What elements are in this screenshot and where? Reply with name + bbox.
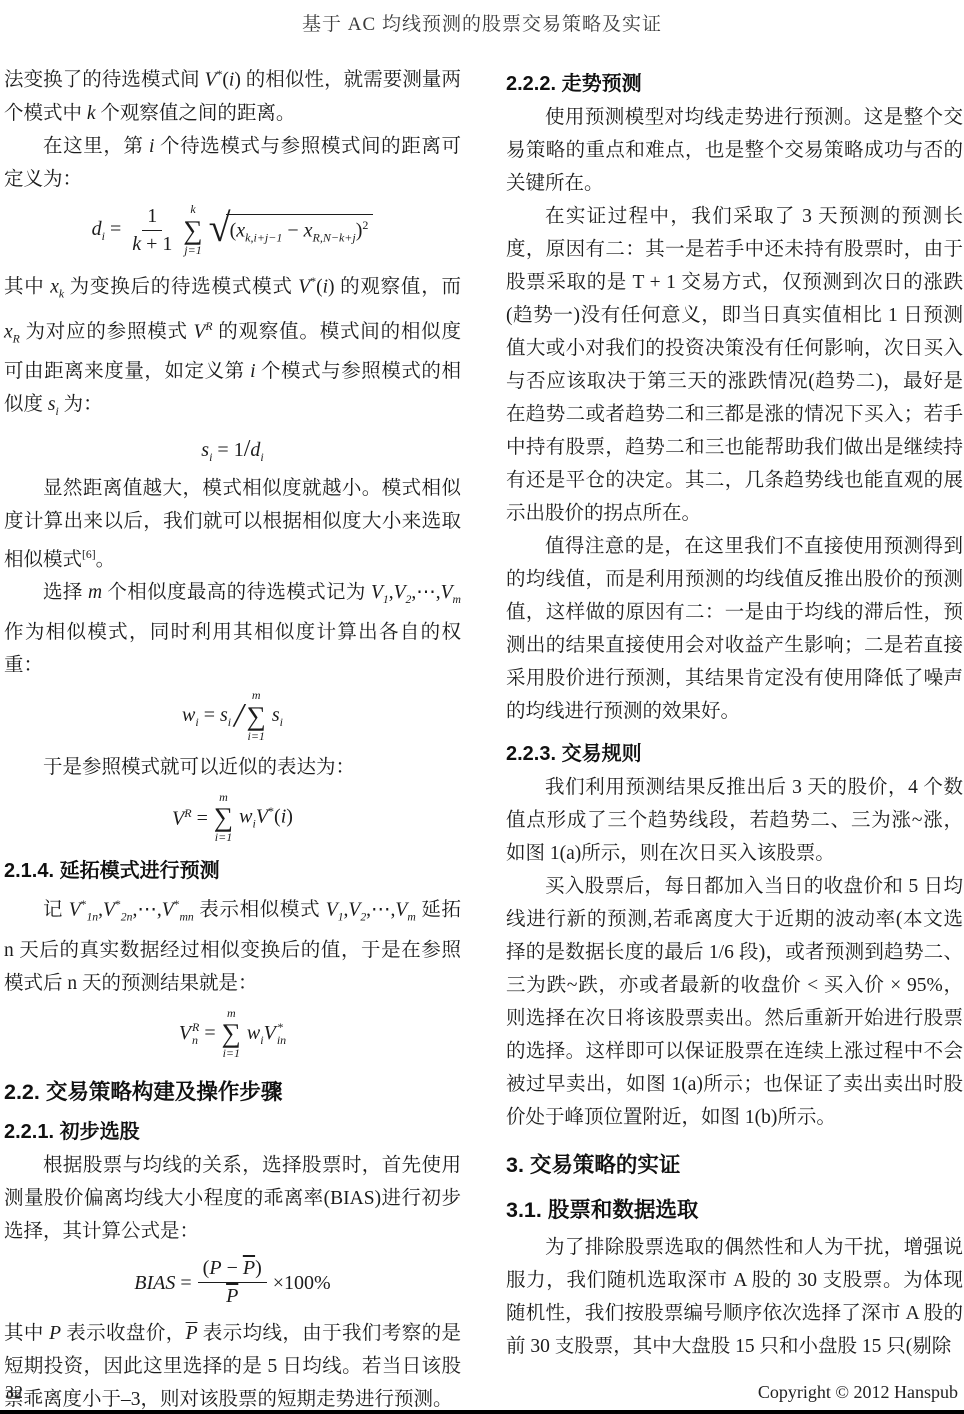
math-lhs: wi = si xyxy=(182,703,231,729)
para-note-ma-values: 值得注意的是，在这里我们不直接使用预测得到的均线值，而是利用预测的均线值反推出股… xyxy=(506,530,963,728)
summation-lower-limit: j=1 xyxy=(184,244,201,258)
summation-symbol: ∑ xyxy=(247,703,266,730)
math-rhs: ×100% xyxy=(273,1271,331,1295)
math-fraction: (P − P) P xyxy=(198,1255,267,1310)
formula-prediction-result: VRn = m ∑ i=1 wiV*in xyxy=(4,1007,461,1062)
math-summation: m ∑ i=1 xyxy=(247,689,266,744)
math-rhs: si xyxy=(272,703,283,729)
math-body: si = 1/di xyxy=(201,435,263,464)
formula-distance: di = 1 k + 1 k ∑ j=1 √ (xk,i+j−1 − xR,N−… xyxy=(4,203,461,258)
para-observation-values: 其中 xk 为变换后的待选模式模式 V*(i) 的观察值，而 xR 为对应的参照… xyxy=(4,265,461,429)
summation-lower-limit: i=1 xyxy=(247,730,264,744)
division-slash: / xyxy=(234,699,243,733)
formula-weight: wi = si / m ∑ i=1 si xyxy=(4,689,461,744)
math-radical: √ (xk,i+j−1 − xR,N−k+j)2 xyxy=(209,210,374,250)
formula-bias: BIAS = (P − P) P ×100% xyxy=(4,1255,461,1310)
para-bias-intro: 根据股票与均线的关系，选择股票时，首先使用测量股价偏离均线大小程度的乖离率(BI… xyxy=(4,1149,461,1248)
footer-page-number: 32 xyxy=(5,1382,23,1403)
math-rhs: wiV*in xyxy=(247,1021,286,1048)
math-summation: m ∑ i=1 xyxy=(214,791,233,846)
math-summation: m ∑ i=1 xyxy=(222,1007,241,1062)
math-fraction: 1 k + 1 xyxy=(127,203,177,258)
math-lhs: di = xyxy=(92,217,122,243)
para-similarity-selection: 显然距离值越大，模式相似度就越小。模式相似度计算出来以后，我们就可以根据相似度大… xyxy=(4,472,461,577)
math-summation: k ∑ j=1 xyxy=(183,203,202,258)
fraction-denominator: k + 1 xyxy=(127,231,177,258)
formula-reference-pattern: VR = m ∑ i=1 wiV*(i) xyxy=(4,791,461,846)
math-lhs: VR = xyxy=(172,806,208,831)
heading-3: 3. 交易策略的实证 xyxy=(506,1148,963,1179)
right-column: 2.2.2. 走势预测 使用预测模型对均线走势进行预测。这是整个交易策略的重点和… xyxy=(506,58,963,1414)
heading-3-1: 3.1. 股票和数据选取 xyxy=(506,1193,963,1224)
radicand: (xk,i+j−1 − xR,N−k+j)2 xyxy=(226,214,374,246)
para-reference-approximation: 于是参照模式就可以近似的表达为： xyxy=(4,751,461,784)
page-title: 基于 AC 均线预测的股票交易策略及实证 xyxy=(0,0,964,36)
page-bottom-edge-line xyxy=(0,1410,964,1414)
page-footer: 32 Copyright © 2012 Hanspub xyxy=(5,1382,958,1403)
summation-symbol: ∑ xyxy=(214,804,233,831)
para-trend-forecast-intro: 使用预测模型对均线走势进行预测。这是整个交易策略的重点和难点，也是整个交易策略成… xyxy=(506,101,963,200)
summation-lower-limit: i=1 xyxy=(215,831,232,845)
para-extension-prediction: 记 V*1n,V*2n,⋯,V*mn 表示相似模式 V1,V2,⋯,Vm 延拓 … xyxy=(4,888,461,999)
left-column: 法变换了的待选模式间 V*(i) 的相似性，就需要测量两个模式中 k 个观察值之… xyxy=(4,58,461,1414)
heading-2-2-3: 2.2.3. 交易规则 xyxy=(506,737,963,766)
summation-symbol: ∑ xyxy=(222,1020,241,1047)
radical-symbol: √ xyxy=(209,208,231,248)
para-similarity-measure: 法变换了的待选模式间 V*(i) 的相似性，就需要测量两个模式中 k 个观察值之… xyxy=(4,58,461,130)
para-stock-selection: 为了排除股票选取的偶然性和人为干扰，增强说服力，我们随机选取深市 A 股的 30… xyxy=(506,1231,963,1363)
para-select-m-patterns: 选择 m 个相似度最高的待选模式记为 V1,V2,⋯,Vm 作为相似模式，同时利… xyxy=(4,576,461,682)
fraction-numerator: (P − P) xyxy=(198,1255,267,1283)
heading-2-2: 2.2. 交易策略构建及操作步骤 xyxy=(4,1075,461,1106)
footer-copyright: Copyright © 2012 Hanspub xyxy=(758,1382,958,1403)
para-trading-rule-buy: 我们利用预测结果反推出后 3 天的股价，4 个数值点形成了三个趋势线段，若趋势二… xyxy=(506,771,963,870)
fraction-denominator: P xyxy=(221,1283,243,1310)
formula-similarity: si = 1/di xyxy=(4,435,461,464)
heading-2-1-4: 2.1.4. 延拓模式进行预测 xyxy=(4,854,461,883)
heading-2-2-2: 2.2.2. 走势预测 xyxy=(506,67,963,96)
heading-2-2-1: 2.2.1. 初步选股 xyxy=(4,1115,461,1144)
para-forecast-length: 在实证过程中，我们采取了 3 天预测的预测长度，原因有二：其一是若手中还未持有股… xyxy=(506,200,963,530)
fraction-numerator: 1 xyxy=(142,203,162,231)
math-lhs: BIAS = xyxy=(134,1271,191,1295)
summation-symbol: ∑ xyxy=(183,217,202,244)
summation-lower-limit: i=1 xyxy=(223,1047,240,1061)
two-column-body: 法变换了的待选模式间 V*(i) 的相似性，就需要测量两个模式中 k 个观察值之… xyxy=(4,58,960,1414)
math-rhs: wiV*(i) xyxy=(239,804,293,831)
para-distance-intro: 在这里，第 i 个待选模式与参照模式间的距离可定义为： xyxy=(4,130,461,196)
para-trading-rule-sell: 买入股票后，每日都加入当日的收盘价和 5 日均线进行新的预测,若乖离度大于近期的… xyxy=(506,870,963,1134)
math-lhs: VRn = xyxy=(179,1021,216,1048)
